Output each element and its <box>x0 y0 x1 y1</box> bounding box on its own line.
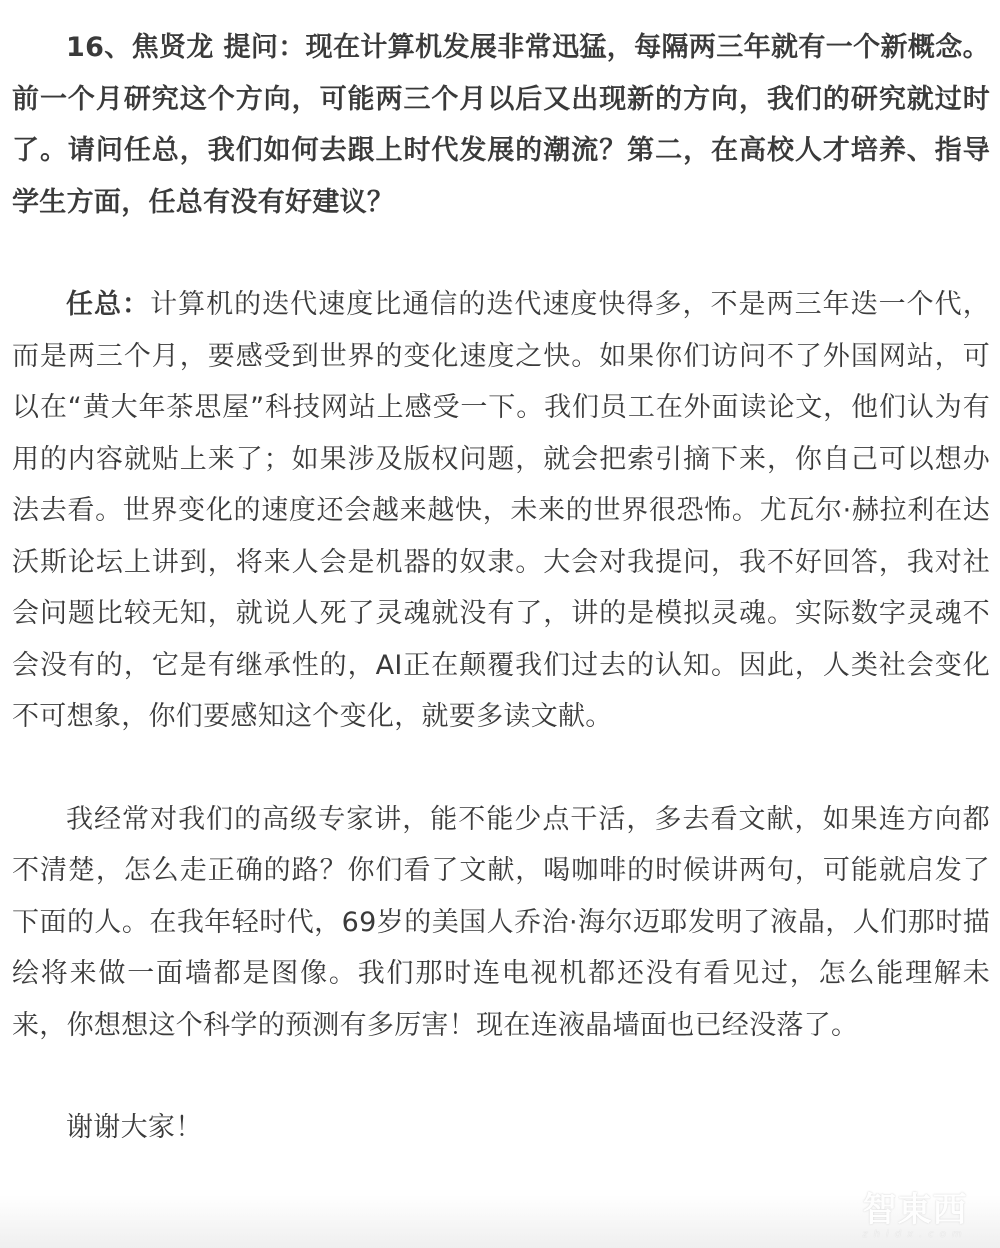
advice-paragraph: 我经常对我们的高级专家讲，能不能少点干活，多去看文献，如果连方向都不清楚，怎么走… <box>12 794 990 1052</box>
article-body: 16、焦贤龙 提问：现在计算机发展非常迅猛，每隔两三年就有一个新概念。前一个月研… <box>12 22 990 1154</box>
paragraph-gap <box>12 1051 990 1102</box>
speaker-label: 任总： <box>66 289 150 320</box>
answer-paragraph: 任总：计算机的迭代速度比通信的迭代速度快得多，不是两三年迭一个代，而是两三个月，… <box>12 279 990 743</box>
paragraph-gap <box>12 743 990 794</box>
closing-paragraph: 谢谢大家！ <box>12 1102 990 1154</box>
zhidx-watermark: 智東西 zhidx.com <box>850 1191 980 1240</box>
paragraph-gap <box>12 228 990 279</box>
watermark-logo: 智東西 <box>850 1191 980 1229</box>
answer-text: 计算机的迭代速度比通信的迭代速度快得多，不是两三年迭一个代，而是两三个月，要感受… <box>12 289 990 732</box>
question-paragraph: 16、焦贤龙 提问：现在计算机发展非常迅猛，每隔两三年就有一个新概念。前一个月研… <box>12 22 990 228</box>
watermark-domain: zhidx.com <box>850 1229 980 1240</box>
